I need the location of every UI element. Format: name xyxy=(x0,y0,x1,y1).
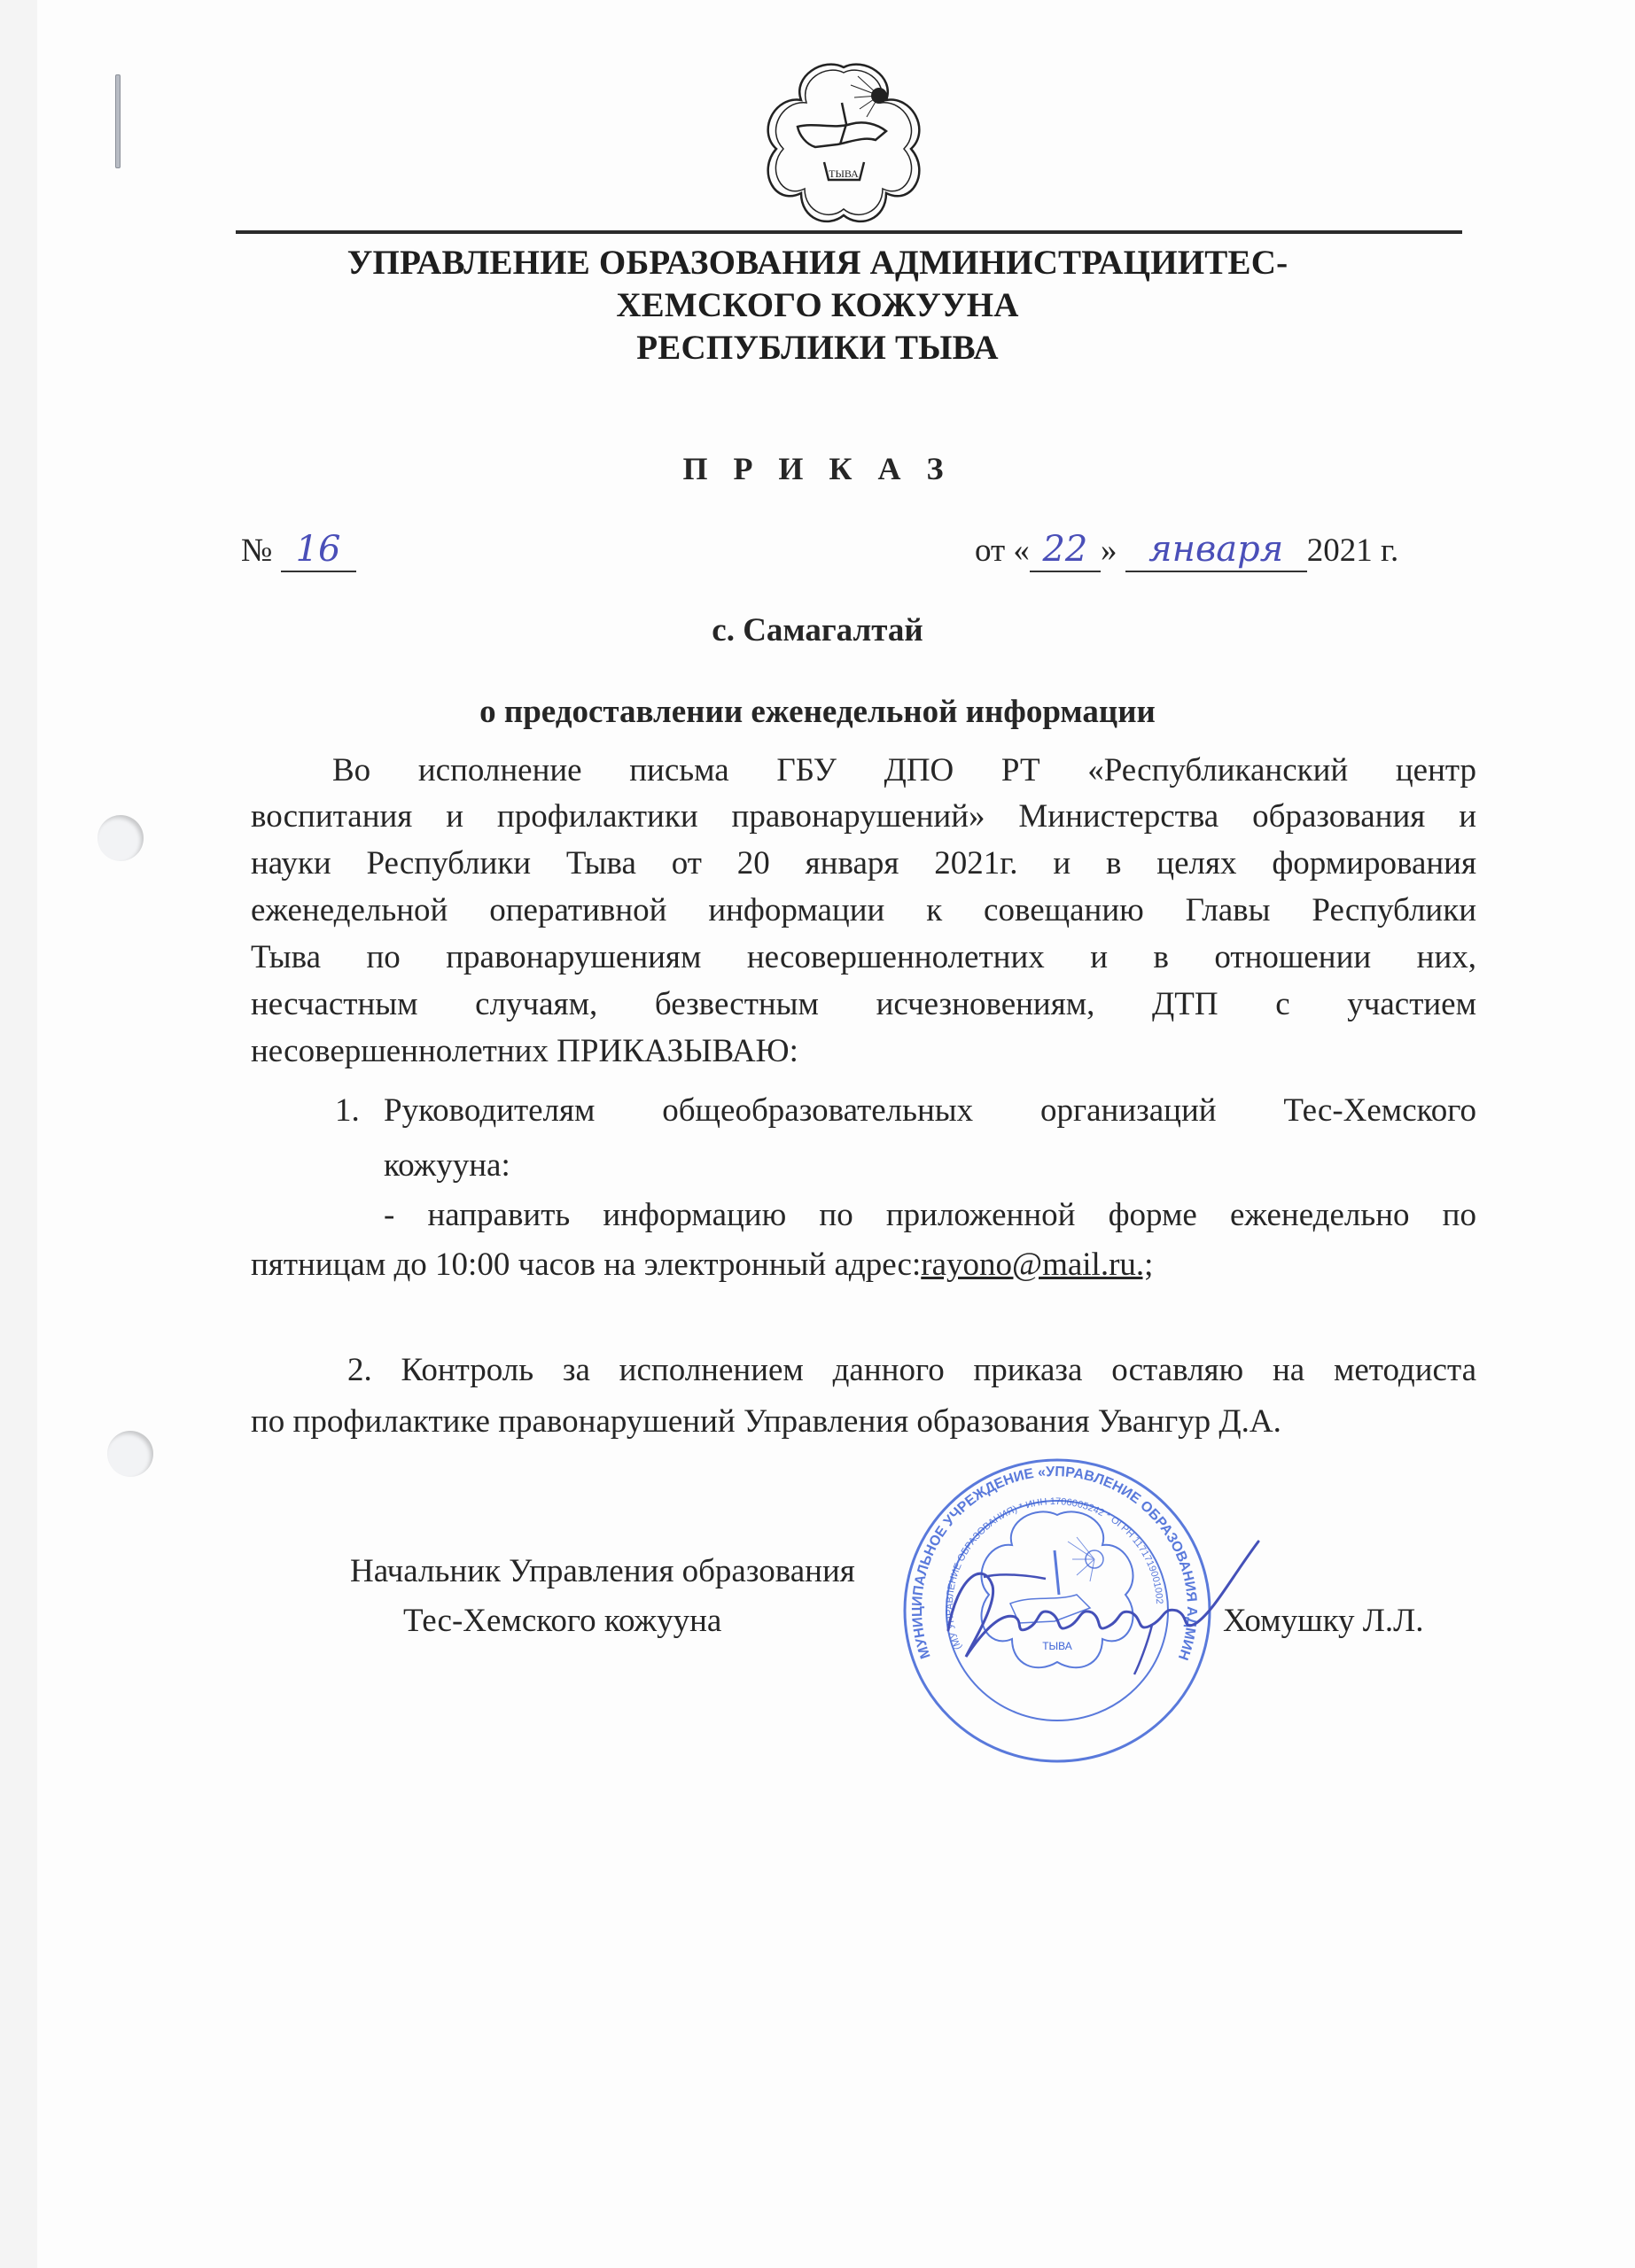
place: с. Самагалтай xyxy=(0,611,1635,649)
preamble-line-5: Тыва по правонарушениям несовершеннолетн… xyxy=(251,938,1476,977)
preamble-line-7: несовершеннолетних ПРИКАЗЫВАЮ: xyxy=(251,1032,1476,1071)
item-1-number: 1. xyxy=(335,1091,360,1130)
signatory-title-line-2: Тес-Хемского кожууна xyxy=(403,1602,721,1641)
tuva-emblem-icon: ТЫВА xyxy=(762,60,926,229)
letterhead-line-2: ХЕМСКОГО КОЖУУНА xyxy=(0,285,1635,325)
subject: о предоставлении еженедельной информации xyxy=(0,693,1635,731)
date-mid: » xyxy=(1101,532,1117,569)
number-field: 16 xyxy=(281,530,356,572)
punch-hole-bottom xyxy=(107,1431,153,1477)
preamble-line-2: воспитания и профилактики правонарушений… xyxy=(251,797,1476,836)
preamble-line-1: Во исполнение письма ГБУ ДПО РТ «Республ… xyxy=(332,751,1476,790)
date-suffix: 2021 г. xyxy=(1307,532,1399,569)
item-1-line-4-text: пятницам до 10:00 часов на электронный а… xyxy=(251,1247,921,1283)
item-2-line-2: по профилактике правонарушений Управлени… xyxy=(251,1402,1281,1441)
preamble-line-4: еженедельной оперативной информации к со… xyxy=(251,891,1476,930)
order-date: от «22» января2021 г. xyxy=(975,530,1398,572)
staple-mark xyxy=(115,74,121,168)
number-value: 16 xyxy=(296,529,341,570)
number-prefix: № xyxy=(241,532,272,569)
item-1-line-2: кожууна: xyxy=(384,1146,510,1185)
document-type: П Р И К А З xyxy=(0,450,1635,487)
item-1-line-3: - направить информацию по приложенной фо… xyxy=(384,1196,1476,1235)
svg-text:ТЫВА: ТЫВА xyxy=(829,167,859,180)
date-month: января xyxy=(1148,529,1283,570)
signatory-title-line-1: Начальник Управления образования xyxy=(350,1552,855,1591)
letterhead-rule xyxy=(236,230,1462,234)
preamble-line-3: науки Республики Тыва от 20 января 2021г… xyxy=(251,844,1476,883)
handwritten-signature xyxy=(930,1524,1267,1683)
letterhead-line-3: РЕСПУБЛИКИ ТЫВА xyxy=(0,328,1635,368)
date-day-field: 22 xyxy=(1030,530,1101,572)
letterhead-line-1: УПРАВЛЕНИЕ ОБРАЗОВАНИЯ АДМИНИСТРАЦИИТЕС- xyxy=(0,243,1635,283)
email-link[interactable]: rayono@mail.ru.; xyxy=(921,1247,1153,1283)
item-2-line-1: 2. Контроль за исполнением данного прика… xyxy=(347,1351,1476,1390)
date-prefix: от « xyxy=(975,532,1030,569)
order-number: № 16 xyxy=(241,530,356,572)
item-1-line-4: пятницам до 10:00 часов на электронный а… xyxy=(251,1246,1153,1285)
punch-hole-top xyxy=(97,815,144,861)
date-month-field: января xyxy=(1125,530,1307,572)
date-day: 22 xyxy=(1042,529,1087,570)
preamble-line-6: несчастным случаям, безвестным исчезнове… xyxy=(251,985,1476,1024)
item-1-line-1: Руководителям общеобразовательных органи… xyxy=(384,1091,1476,1130)
